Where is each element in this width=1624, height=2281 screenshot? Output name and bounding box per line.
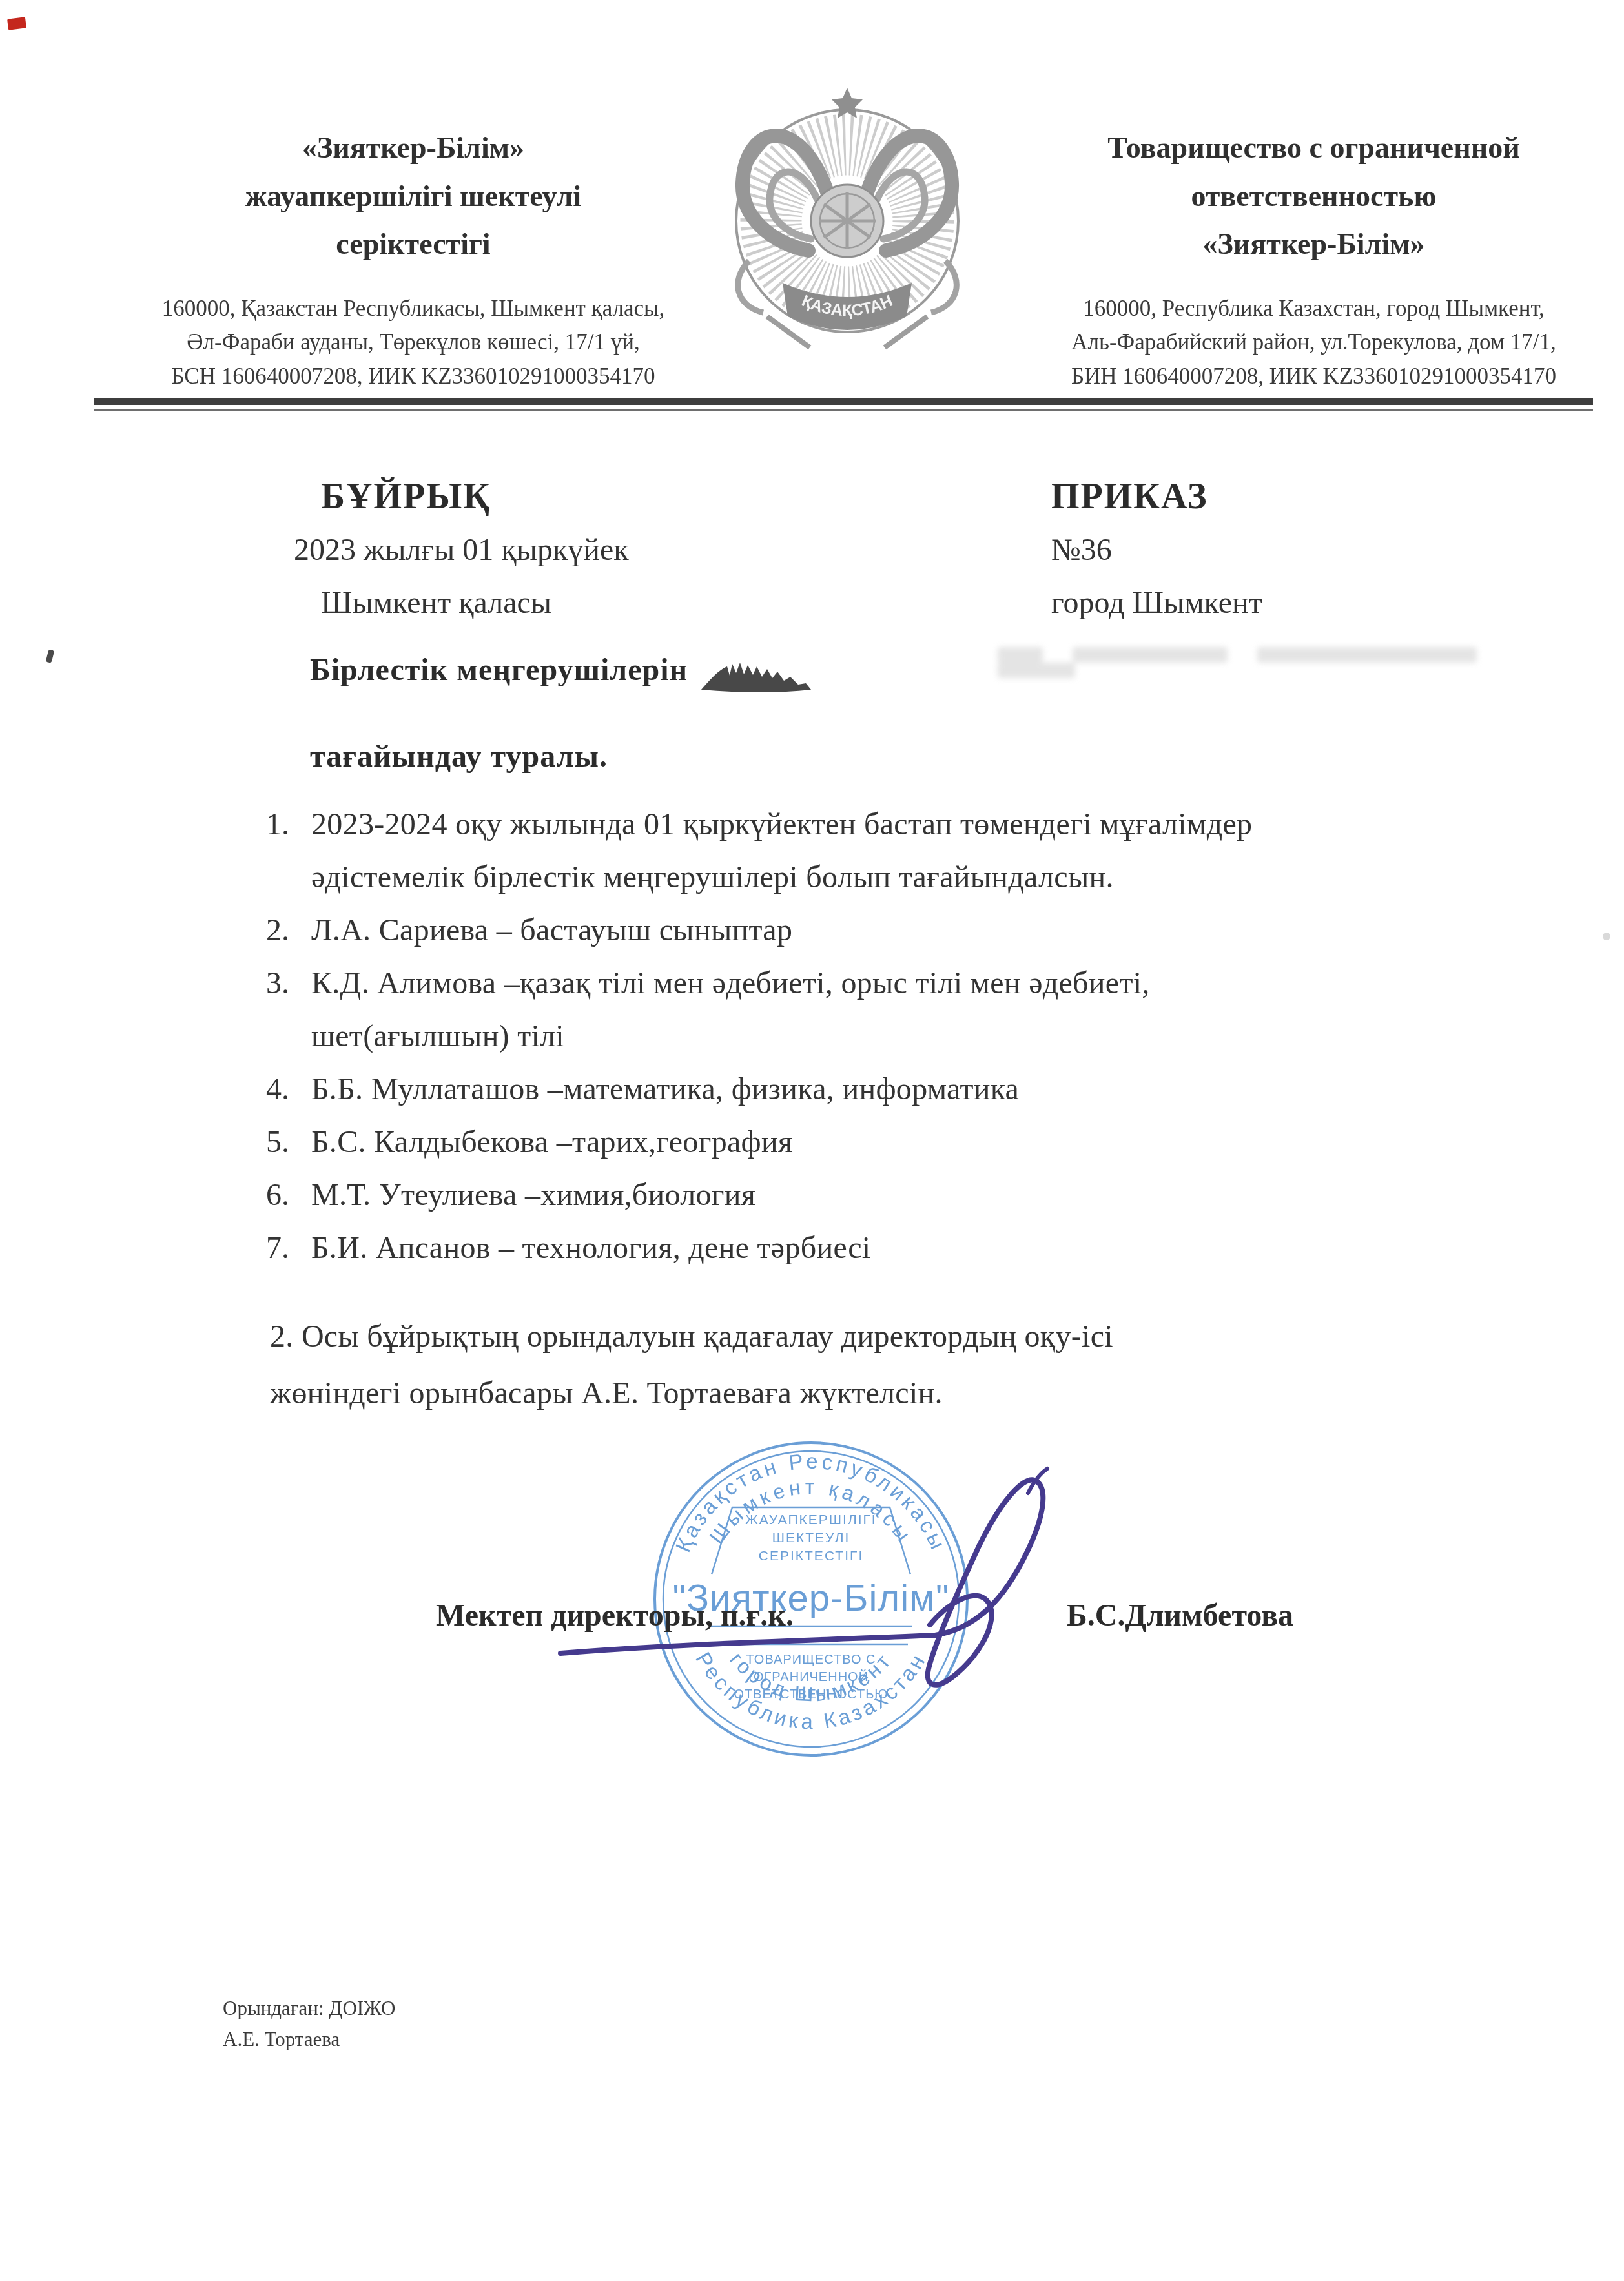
list-item: 7.Б.И. Апсанов – технология, дене тәрбие… xyxy=(266,1222,1493,1275)
item-text: Б.С. Калдыбекова –тарих,география xyxy=(311,1116,1493,1169)
item-text: 2023-2024 оқу жылында 01 қыркүйектен бас… xyxy=(311,798,1493,851)
list-item-wrap: әдістемелік бірлестік меңгерушілері болы… xyxy=(266,851,1493,904)
item-text: шет(ағылшын) тілі xyxy=(311,1010,1493,1063)
address-ru-line1: 160000, Республика Казахстан, город Шымк… xyxy=(1002,292,1624,326)
executor-line1: Орындаған: ДОІЖО xyxy=(223,1993,396,2024)
letterhead-russian: Товарищество с ограниченной ответственно… xyxy=(1002,124,1624,393)
item-text: Б.Б. Муллаташов –математика, физика, инф… xyxy=(311,1063,1493,1116)
item-text: М.Т. Утеулиева –химия,биология xyxy=(311,1169,1493,1222)
order-document-page: «Зияткер-Білім» жауапкершілігі шектеулі … xyxy=(0,0,1624,2281)
item-text: әдістемелік бірлестік меңгерушілері болы… xyxy=(311,851,1493,904)
closing-paragraph: 2. Осы бұйрықтың орындалуын қадағалау ди… xyxy=(270,1308,1497,1422)
item-text: Б.И. Апсанов – технология, дене тәрбиесі xyxy=(311,1222,1493,1275)
order-item-list: 1.2023-2024 оқу жылында 01 қыркүйектен б… xyxy=(266,798,1493,1275)
faint-spot xyxy=(1603,933,1610,940)
company-name-ru-line2: ответственностью xyxy=(1002,172,1624,221)
kazakhstan-coat-of-arms-emblem: ҚАЗАҚСТАН xyxy=(725,72,970,376)
letterhead-kazakh: «Зияткер-Білім» жауапкершілігі шектеулі … xyxy=(116,124,710,393)
company-name-ru-line1: Товарищество с ограниченной xyxy=(1002,124,1624,172)
company-name-kk-line3: серіктестігі xyxy=(116,220,710,269)
address-kk-line2: Әл-Фараби ауданы, Төрекұлов көшесі, 17/1… xyxy=(116,325,710,360)
company-name-kk: «Зияткер-Білім» жауапкершілігі шектеулі … xyxy=(116,124,710,269)
item-number: 2. xyxy=(266,904,311,957)
ink-smudge xyxy=(699,657,815,695)
signature-stroke xyxy=(560,1480,1043,1684)
letterhead-divider-thin xyxy=(94,409,1593,411)
company-name-ru: Товарищество с ограниченной ответственно… xyxy=(1002,124,1624,269)
list-item: 5.Б.С. Калдыбекова –тарих,география xyxy=(266,1116,1493,1169)
order-city-kk: Шымкент қаласы xyxy=(321,585,551,621)
company-name-kk-line2: жауапкершілігі шектеулі xyxy=(116,172,710,221)
item-text: К.Д. Алимова –қазақ тілі мен әдебиеті, о… xyxy=(311,957,1493,1010)
list-item: 3.К.Д. Алимова –қазақ тілі мен әдебиеті,… xyxy=(266,957,1493,1010)
list-item-wrap: шет(ағылшын) тілі xyxy=(266,1010,1493,1063)
order-heading-ru: ПРИКАЗ xyxy=(1051,476,1208,517)
list-item: 6.М.Т. Утеулиева –химия,биология xyxy=(266,1169,1493,1222)
subject-line1: Бірлестік меңгерушілерін xyxy=(310,652,688,688)
list-item: 1.2023-2024 оқу жылында 01 қыркүйектен б… xyxy=(266,798,1493,851)
order-city-ru: город Шымкент xyxy=(1051,585,1262,621)
director-signature xyxy=(548,1454,1109,1739)
order-number: №36 xyxy=(1051,532,1112,568)
item-number: 4. xyxy=(266,1063,311,1116)
item-number: 5. xyxy=(266,1116,311,1169)
red-scan-mark xyxy=(7,17,26,30)
list-item: 2.Л.А. Сариева – бастауыш сыныптар xyxy=(266,904,1493,957)
executor-note: Орындаған: ДОІЖО А.Е. Тортаева xyxy=(223,1993,396,2055)
signer-name: Б.С.Длимбетова xyxy=(1067,1598,1293,1633)
item-number: 3. xyxy=(266,957,311,1010)
address-kk-line1: 160000, Қазакстан Республикасы, Шымкент … xyxy=(116,292,710,326)
item-number: 1. xyxy=(266,798,311,851)
item-number: 7. xyxy=(266,1222,311,1275)
closing-paragraph-line1: 2. Осы бұйрықтың орындалуын қадағалау ди… xyxy=(270,1308,1497,1365)
emblem-star-icon xyxy=(832,88,863,118)
order-heading-kk: БҰЙРЫҚ xyxy=(321,476,491,517)
address-kk-line3: БСН 160640007208, ИИК KZ3360102910003541… xyxy=(116,360,710,394)
list-item: 4.Б.Б. Муллаташов –математика, физика, и… xyxy=(266,1063,1493,1116)
address-ru-line2: Аль-Фарабийский район, ул.Торекулова, до… xyxy=(1002,325,1624,360)
address-ru-line3: БИН 160640007208, ИИК KZ3360102910003541… xyxy=(1002,360,1624,394)
subject-line2: тағайындау туралы. xyxy=(310,739,608,774)
company-name-ru-line3: «Зияткер-Білім» xyxy=(1002,220,1624,269)
signer-title: Мектеп директоры, п.ғ.к. xyxy=(436,1598,794,1633)
closing-paragraph-line2: жөніндегі орынбасары А.Е. Тортаеваға жүк… xyxy=(270,1365,1497,1422)
bleed-through-ghost-text xyxy=(998,647,1592,678)
letterhead-divider xyxy=(94,398,1593,411)
executor-line2: А.Е. Тортаева xyxy=(223,2024,396,2055)
stray-ink-tick xyxy=(46,649,55,663)
order-date-kk: 2023 жылғы 01 қыркүйек xyxy=(294,532,629,568)
company-address-kk: 160000, Қазакстан Республикасы, Шымкент … xyxy=(116,292,710,394)
company-address-ru: 160000, Республика Казахстан, город Шымк… xyxy=(1002,292,1624,394)
item-text: Л.А. Сариева – бастауыш сыныптар xyxy=(311,904,1493,957)
item-number: 6. xyxy=(266,1169,311,1222)
company-name-kk-line1: «Зияткер-Білім» xyxy=(116,124,710,172)
